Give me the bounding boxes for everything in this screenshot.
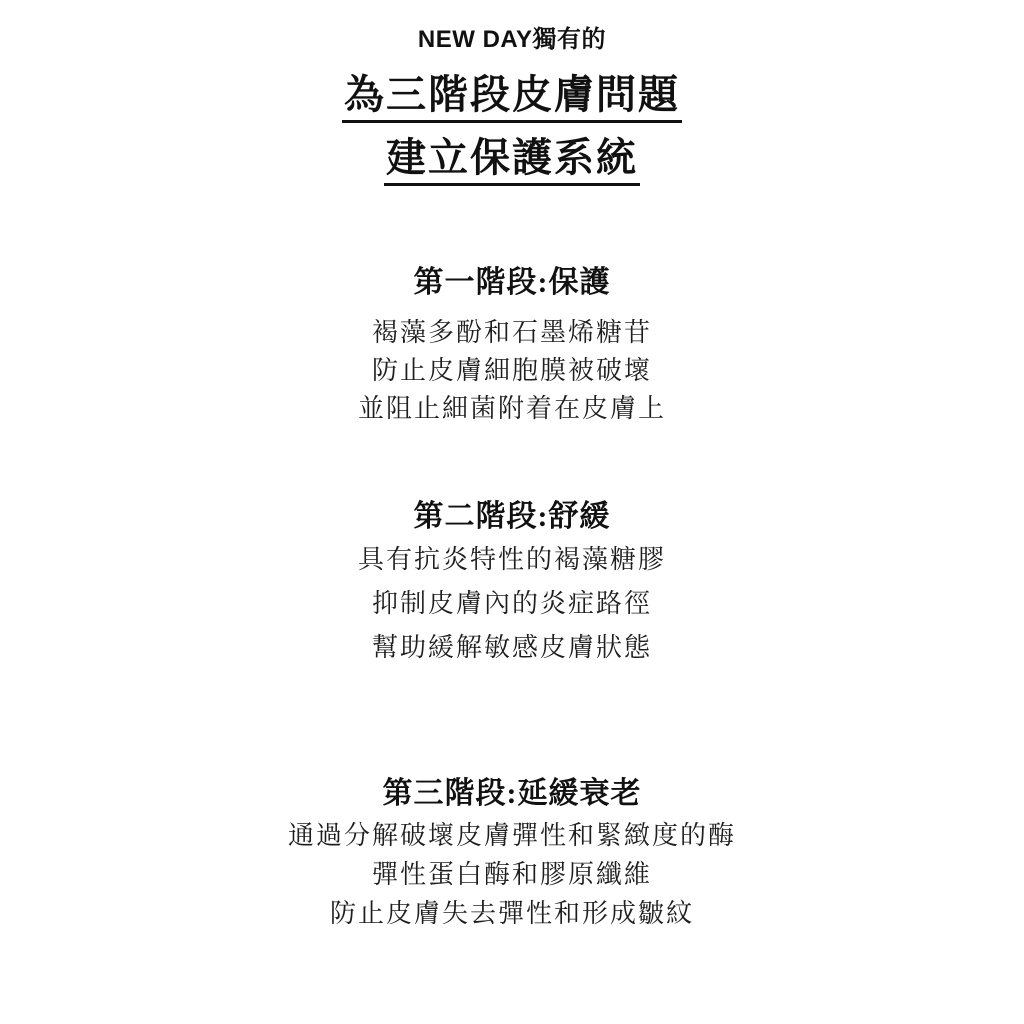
title-line-1: 為三階段皮膚問題 [0, 72, 1024, 123]
section-3-heading: 第三階段:延緩衰老 [0, 777, 1024, 811]
page-title: 為三階段皮膚問題 建立保護系統 [0, 72, 1024, 198]
title-line-2: 建立保護系統 [0, 135, 1024, 186]
section-3-line-3: 防止皮膚失去彈性和形成皺紋 [0, 894, 1024, 933]
section-1-line-2: 防止皮膚細胞膜被破壞 [0, 352, 1024, 390]
section-2-line-2: 抑制皮膚內的炎症路徑 [0, 582, 1024, 626]
section-2-line-1: 具有抗炎特性的褐藻糖膠 [0, 538, 1024, 582]
section-1-line-3: 並阻止細菌附着在皮膚上 [0, 390, 1024, 428]
section-stage-1: 第一階段:保護 褐藻多酚和石墨烯糖苷 防止皮膚細胞膜被破壞 並阻止細菌附着在皮膚… [0, 266, 1024, 428]
section-stage-3: 第三階段:延緩衰老 通過分解破壞皮膚彈性和緊緻度的酶 彈性蛋白酶和膠原纖維 防止… [0, 777, 1024, 933]
section-stage-2: 第二階段:舒緩 具有抗炎特性的褐藻糖膠 抑制皮膚內的炎症路徑 幫助緩解敏感皮膚狀… [0, 500, 1024, 670]
section-2-body: 具有抗炎特性的褐藻糖膠 抑制皮膚內的炎症路徑 幫助緩解敏感皮膚狀態 [0, 538, 1024, 670]
section-1-line-1: 褐藻多酚和石墨烯糖苷 [0, 314, 1024, 352]
brand-label: NEW DAY獨有的 [0, 26, 1024, 54]
section-2-line-3: 幫助緩解敏感皮膚狀態 [0, 626, 1024, 670]
section-3-line-1: 通過分解破壞皮膚彈性和緊緻度的酶 [0, 816, 1024, 855]
title-line-2-text: 建立保護系統 [384, 135, 640, 186]
title-line-1-text: 為三階段皮膚問題 [342, 72, 682, 123]
section-1-heading: 第一階段:保護 [0, 266, 1024, 300]
section-3-line-2: 彈性蛋白酶和膠原纖維 [0, 855, 1024, 894]
section-2-heading: 第二階段:舒緩 [0, 500, 1024, 534]
section-3-body: 通過分解破壞皮膚彈性和緊緻度的酶 彈性蛋白酶和膠原纖維 防止皮膚失去彈性和形成皺… [0, 816, 1024, 933]
section-1-body: 褐藻多酚和石墨烯糖苷 防止皮膚細胞膜被破壞 並阻止細菌附着在皮膚上 [0, 314, 1024, 428]
page-root: NEW DAY獨有的 為三階段皮膚問題 建立保護系統 第一階段:保護 褐藻多酚和… [0, 0, 1024, 1024]
